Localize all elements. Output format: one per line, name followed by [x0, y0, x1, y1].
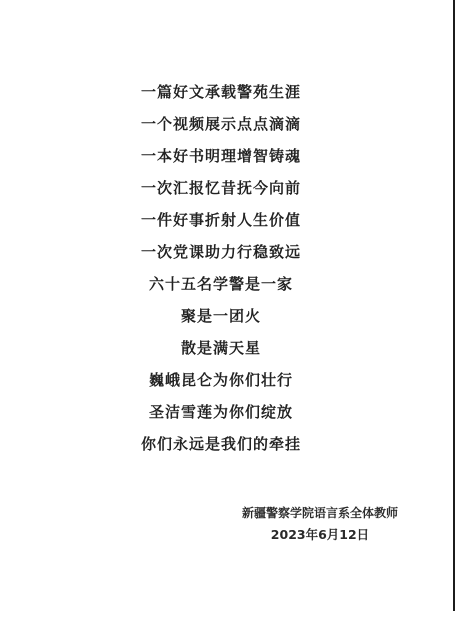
poem-line: 你们永远是我们的牵挂 — [0, 428, 442, 460]
page-edge-rule — [453, 0, 455, 611]
poem-line: 一个视频展示点点滴滴 — [0, 108, 442, 140]
signature-block: 新疆警察学院语言系全体教师 2023年6月12日 — [230, 502, 410, 546]
poem-line: 一本好书明理增智铸魂 — [0, 140, 442, 172]
poem-line: 圣洁雪莲为你们绽放 — [0, 396, 442, 428]
poem-line: 聚是一团火 — [0, 300, 442, 332]
signature-date: 2023年6月12日 — [230, 524, 410, 546]
signature-author: 新疆警察学院语言系全体教师 — [230, 502, 410, 524]
poem-line: 巍峨昆仑为你们壮行 — [0, 364, 442, 396]
poem-line: 散是满天星 — [0, 332, 442, 364]
document-page: 一篇好文承载警苑生涯 一个视频展示点点滴滴 一本好书明理增智铸魂 一次汇报忆昔抚… — [0, 0, 459, 627]
poem-line: 一次汇报忆昔抚今向前 — [0, 172, 442, 204]
poem-line: 六十五名学警是一家 — [0, 268, 442, 300]
poem-line: 一篇好文承载警苑生涯 — [0, 76, 442, 108]
poem-text-block: 一篇好文承载警苑生涯 一个视频展示点点滴滴 一本好书明理增智铸魂 一次汇报忆昔抚… — [0, 76, 442, 460]
poem-line: 一件好事折射人生价值 — [0, 204, 442, 236]
poem-line: 一次党课助力行稳致远 — [0, 236, 442, 268]
